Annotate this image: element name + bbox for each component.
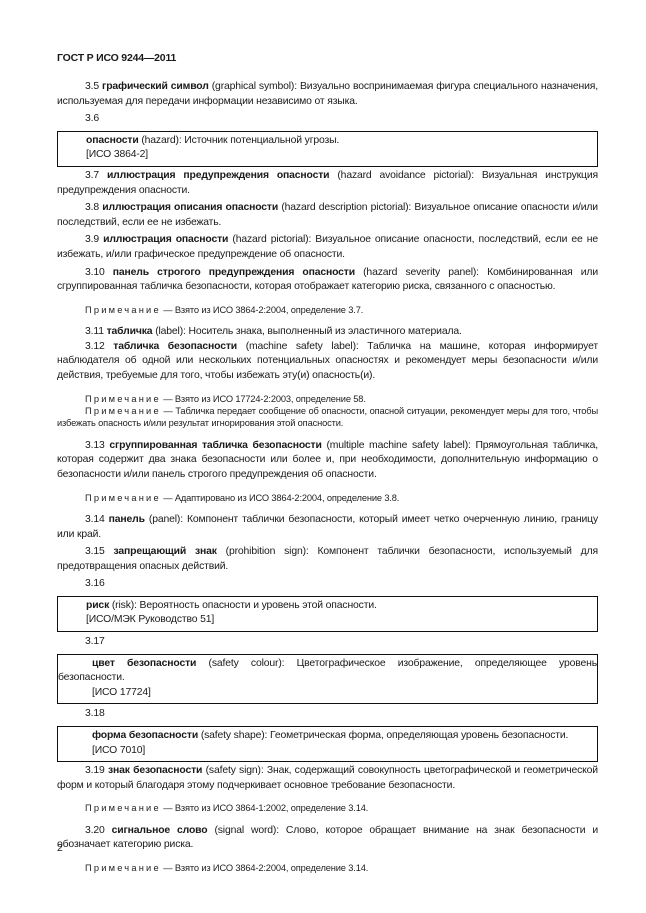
term: форма безопасности [92,730,198,741]
reference: [ИСО/МЭК Руководство 51] [58,613,597,628]
definition-3-5: 3.5 графический символ (graphical symbol… [57,80,598,109]
term: иллюстрация предупреждения опасности [107,170,330,181]
definition-3-9: 3.9 иллюстрация опасности (hazard pictor… [57,233,598,262]
definition-3-19: 3.19 знак безопасности (safety sign): Зн… [57,764,598,793]
definition-box-3-6: опасности (hazard): Источник потенциальн… [57,131,598,167]
definition-3-11: 3.11 табличка (label): Носитель знака, в… [57,325,598,340]
term: табличка [107,326,153,337]
term: знак безопасности [108,765,202,776]
definition-box-3-17: цвет безопасности (safety colour): Цвето… [57,654,598,705]
definition-number: 3.17 [57,635,598,650]
definition-3-13: 3.13 сгруппированная табличка безопаснос… [57,439,598,483]
note-3-20: Примечание — Взято из ИСО 3864-2:2004, о… [57,862,598,874]
term: табличка безопасности [113,341,237,352]
term: панель строгого предупреждения опасности [113,267,355,278]
definition-3-8: 3.8 иллюстрация описания опасности (haza… [57,201,598,230]
term: цвет безопасности [92,658,196,669]
note-3-12-b: Примечание — Табличка передает сообщение… [57,405,598,430]
definition-3-20: 3.20 сигнальное слово (signal word): Сло… [57,824,598,853]
term: иллюстрация описания опасности [102,202,278,213]
note-3-19: Примечание — Взято из ИСО 3864-1:2002, о… [57,802,598,814]
page-number: 2 [57,842,63,854]
definition-number: 3.16 [57,577,598,592]
reference: [ИСО 3864-2] [58,148,597,163]
definition-box-3-18: форма безопасности (safety shape): Геоме… [57,726,598,762]
reference: [ИСО 7010] [58,744,597,759]
definition-3-15: 3.15 запрещающий знак (prohibition sign)… [57,545,598,574]
term: опасности [86,135,139,146]
term: сигнальное слово [112,825,208,836]
term: графический символ [102,81,209,92]
definition-number: 3.6 [57,112,598,127]
document-header: ГОСТ Р ИСО 9244—2011 [57,52,176,64]
note-3-12-a: Примечание — Взято из ИСО 17724-2:2003, … [57,393,598,405]
note-3-13: Примечание — Адаптировано из ИСО 3864-2:… [57,492,598,504]
document-body: 3.5 графический символ (graphical symbol… [57,80,598,874]
definition-3-7: 3.7 иллюстрация предупреждения опасности… [57,169,598,198]
note-3-10: Примечание — Взято из ИСО 3864-2:2004, о… [57,304,598,316]
definition-3-14: 3.14 панель (panel): Компонент таблички … [57,513,598,542]
definition-number: 3.18 [57,707,598,722]
definition-box-3-16: риск (risk): Вероятность опасности и уро… [57,596,598,632]
term: панель [109,514,145,525]
term: иллюстрация опасности [103,234,228,245]
term: риск [86,600,109,611]
definition-3-10: 3.10 панель строгого предупреждения опас… [57,266,598,295]
term: сгруппированная табличка безопасности [109,440,321,451]
reference: [ИСО 17724] [58,686,597,701]
definition-3-12: 3.12 табличка безопасности (machine safe… [57,340,598,384]
term: запрещающий знак [113,546,216,557]
